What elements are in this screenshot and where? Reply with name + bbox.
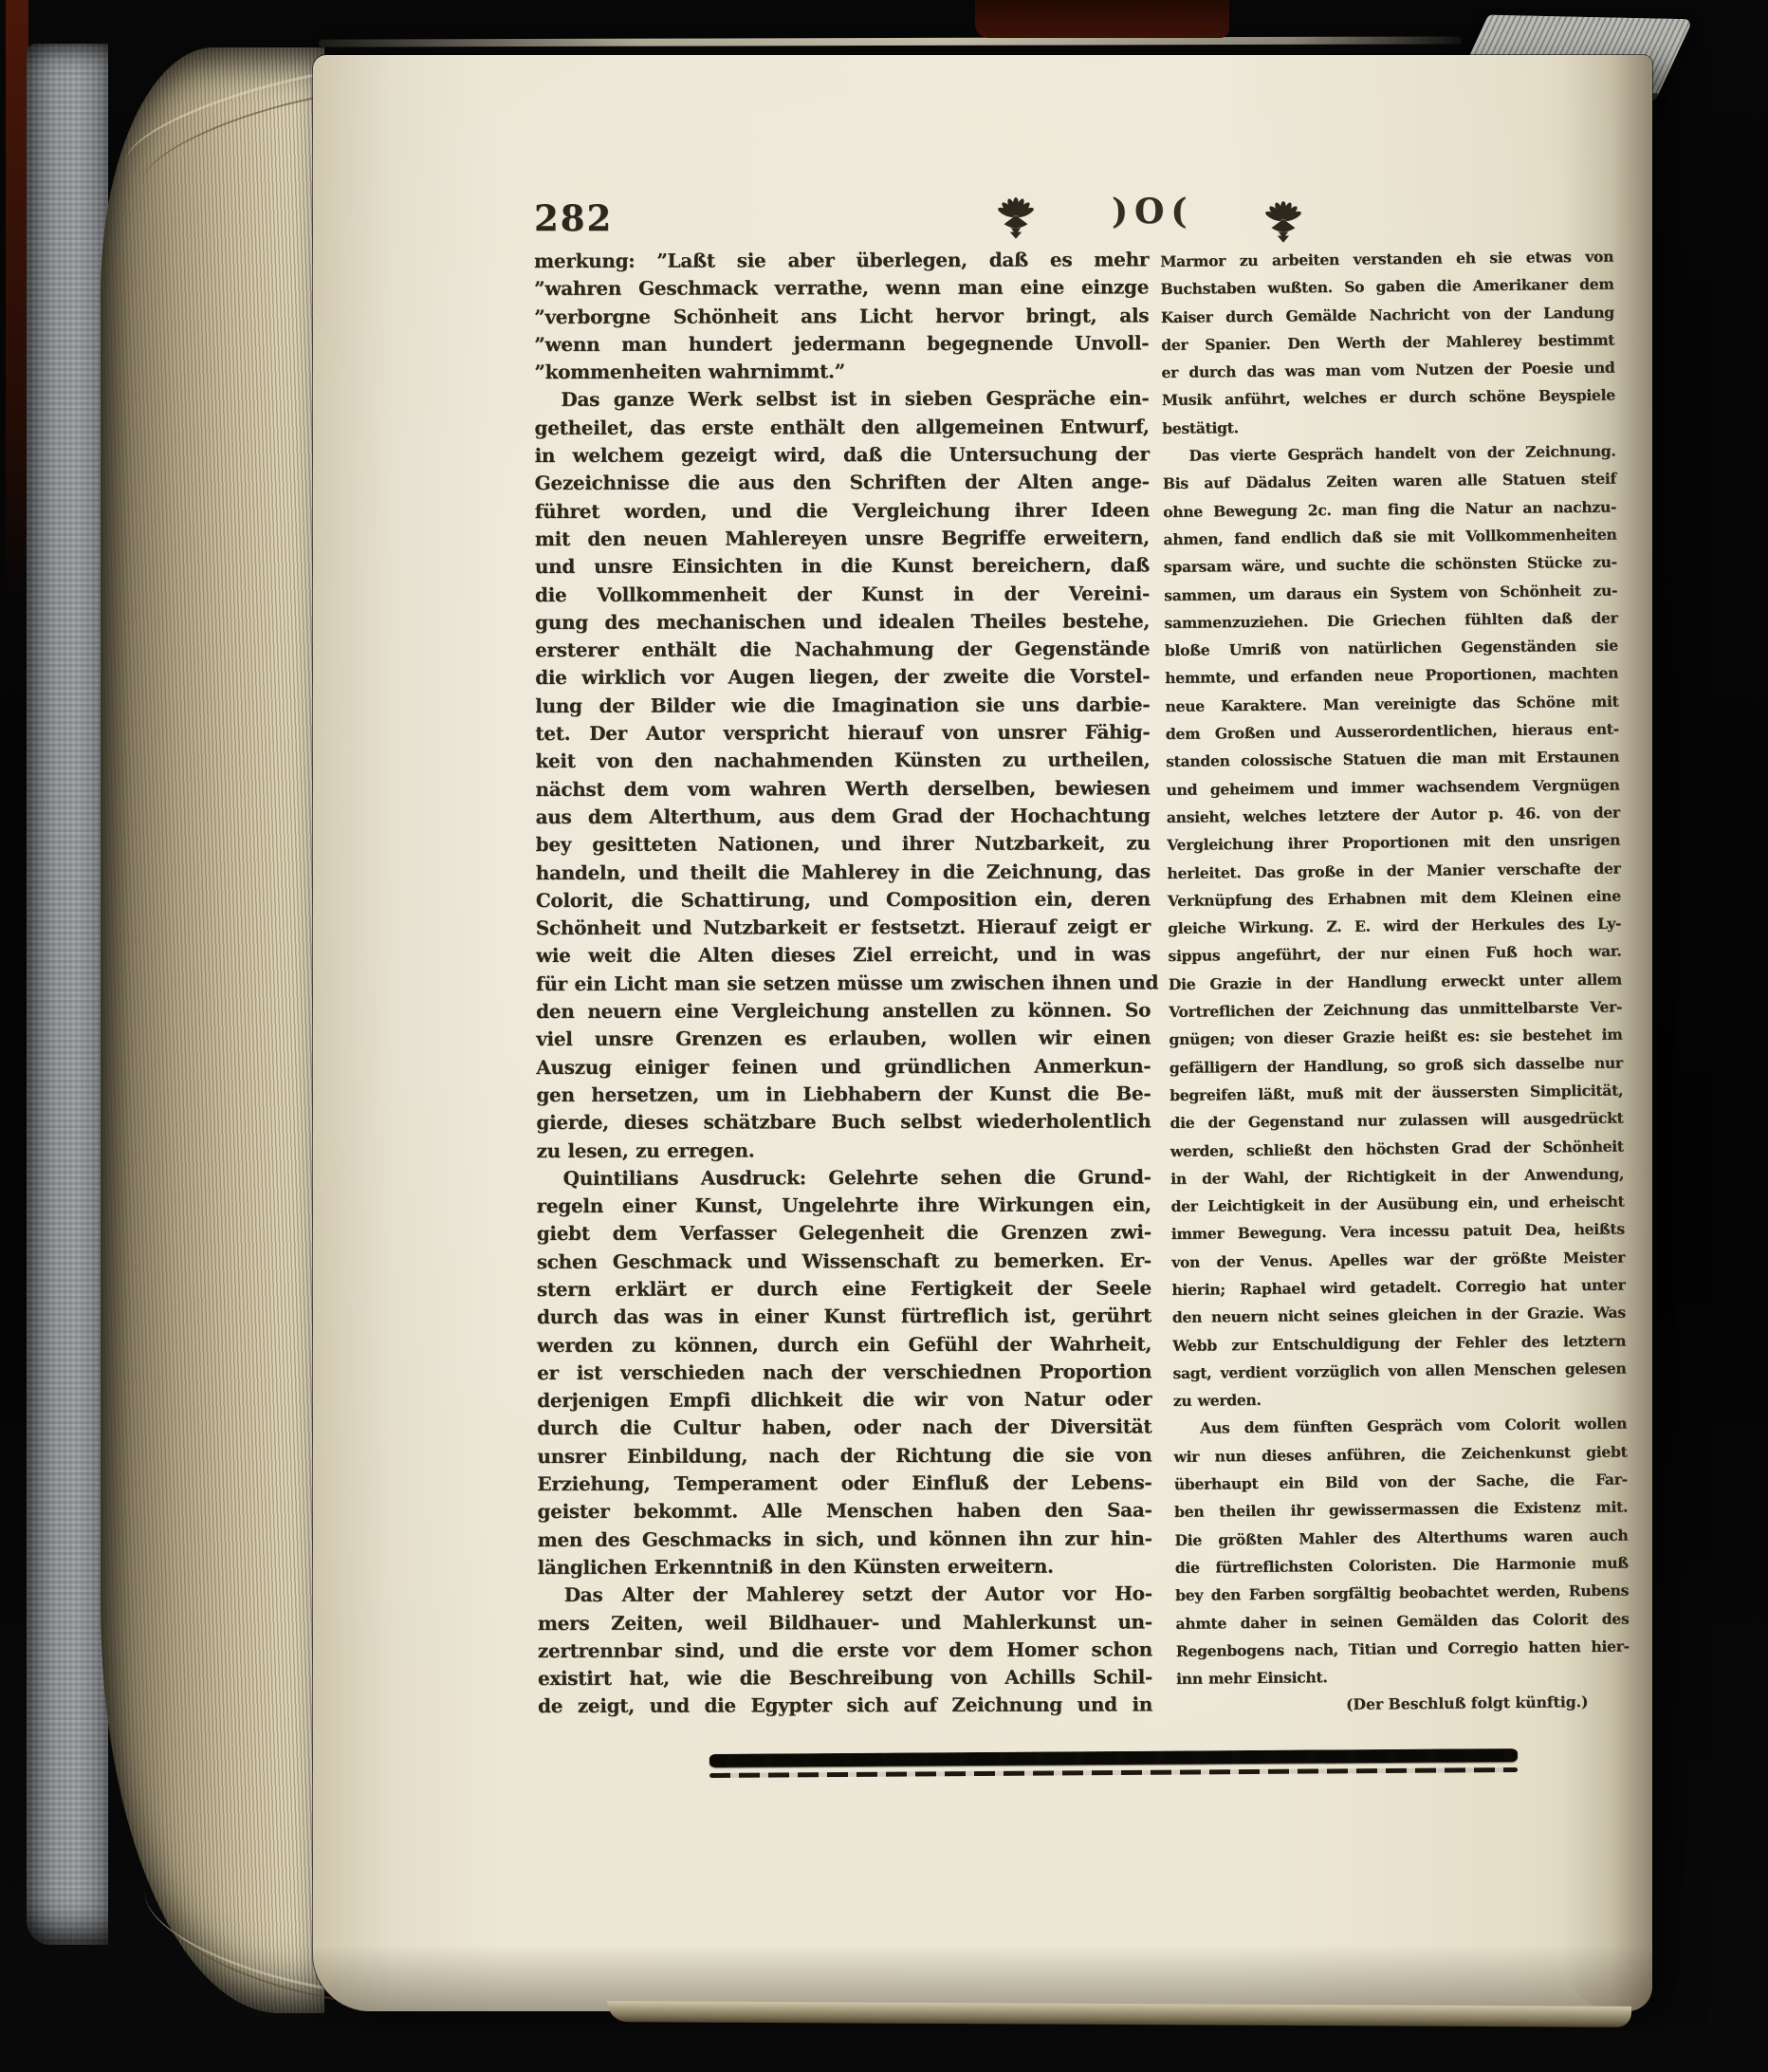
text-line: bey gesitteten Nationen, und ihrer Nutzb…	[536, 830, 1151, 860]
bottom-rule-underline	[709, 1767, 1518, 1778]
text-line: länglichen Erkenntniß in den Künsten erw…	[538, 1552, 1152, 1582]
text-line: ”verborgne Schönheit ans Licht hervor br…	[534, 302, 1149, 331]
text-line: keit von den nachahmenden Künsten zu urt…	[535, 747, 1150, 776]
text-line: sagt, verdient vorzüglich von allen Mens…	[1172, 1354, 1626, 1387]
text-line: Vergleichung ihrer Proportionen mit den …	[1167, 826, 1620, 860]
adjacent-page-top-edge	[319, 36, 1462, 46]
text-line: getheilet, das erste enthält den allgeme…	[534, 413, 1149, 442]
text-line: bey den Farben sorgfältig beobachtet wer…	[1175, 1577, 1629, 1610]
text-line: schen Geschmack und Wissenschaft zu beme…	[537, 1247, 1151, 1276]
bottom-rule	[709, 1748, 1518, 1778]
left-text-column: merkung: ”Laßt sie aber überlegen, daß e…	[534, 246, 1152, 1720]
text-line: Erziehung, Temperament oder Einfluß der …	[537, 1469, 1151, 1498]
text-line: tet. Der Autor verspricht hierauf von un…	[535, 718, 1150, 748]
text-line: wie weit die Alten dieses Ziel erreicht,…	[536, 941, 1151, 971]
text-line: unsrer Einbildung, nach der Richtung die…	[537, 1441, 1151, 1471]
text-line: de zeigt, und die Egypter sich auf Zeich…	[538, 1692, 1152, 1721]
book-spine-red-edge	[6, 0, 28, 607]
text-line: nächst dem vom wahren Werth derselben, b…	[535, 774, 1150, 804]
right-text-column: Marmor zu arbeiten verstanden eh sie etw…	[1160, 243, 1630, 1721]
text-line: ”kommenheiten wahrnimmt.”	[534, 357, 1149, 386]
book-page: 282 )O(	[313, 55, 1652, 2011]
text-line: Colorit, die Schattirung, und Compositio…	[536, 885, 1151, 915]
text-line: sparsam wäre, und suchte die schönsten S…	[1164, 548, 1617, 582]
text-line: er ist verschieden nach der verschiednen…	[537, 1358, 1151, 1387]
text-line: Das ganze Werk selbst ist in sieben Gesp…	[534, 385, 1149, 415]
shell-ornament-icon	[990, 195, 1041, 243]
header-ornaments: )O(	[977, 192, 1337, 252]
text-line: ersterer enthält die Nachahmung der Gege…	[535, 635, 1150, 664]
text-line: merkung: ”Laßt sie aber überlegen, daß e…	[534, 246, 1149, 275]
text-line: existirt hat, wie die Beschreibung von A…	[538, 1663, 1152, 1693]
text-line: Schönheit und Nutzbarkeit er festsetzt. …	[536, 913, 1151, 942]
text-line: Gezeichnisse die aus den Schriften der A…	[535, 469, 1150, 498]
text-line: mit den neuen Mahlereyen unsre Begriffe …	[535, 524, 1150, 553]
text-line: viel unsre Grenzen es erlauben, wollen w…	[536, 1025, 1151, 1054]
text-line: regeln einer Kunst, Ungelehrte ihre Wirk…	[537, 1191, 1151, 1220]
text-line: die der Gegenstand nur zulassen will aus…	[1169, 1104, 1623, 1138]
text-line: geister bekommt. Alle Menschen haben den…	[537, 1497, 1151, 1526]
under-pages-bottom-edge	[607, 2001, 1631, 2027]
text-line: und unsre Einsichten in die Kunst bereic…	[535, 552, 1150, 582]
text-line: gierde, dieses schätzbare Buch selbst wi…	[536, 1108, 1151, 1138]
header-center-mark: )O(	[1112, 192, 1193, 231]
text-line: Regenbogens nach, Titian und Corregio ha…	[1176, 1632, 1630, 1665]
text-line: die wirklich vor Augen liegen, der zweit…	[535, 663, 1150, 693]
text-line: für ein Licht man sie setzen müsse um zw…	[536, 969, 1151, 998]
text-line: giebt dem Verfasser Gelegenheit die Gren…	[537, 1219, 1151, 1249]
text-line: gen hersetzen, um in Liebhabern der Kuns…	[536, 1080, 1151, 1109]
closing-line: (Der Beschluß folgt künftig.)	[1176, 1688, 1630, 1721]
shell-ornament-icon	[1258, 199, 1309, 247]
text-line: aus dem Alterthum, aus dem Grad der Hoch…	[536, 802, 1151, 831]
text-line: zu lesen, zu erregen.	[536, 1136, 1151, 1165]
book-cover-edge	[27, 44, 108, 1945]
text-line: stern erklärt er durch eine Fertigkeit d…	[537, 1274, 1151, 1304]
text-line: durch die Cultur haben, oder nach der Di…	[537, 1414, 1151, 1443]
text-line: mers Zeiten, weil Bildhauer- und Mahlerk…	[538, 1608, 1152, 1637]
text-line: führet worden, und die Vergleichung ihre…	[535, 496, 1150, 526]
text-line: handeln, und theilt die Mahlerey in die …	[536, 858, 1151, 887]
text-line: den neuern eine Vergleichung anstellen z…	[536, 996, 1151, 1026]
text-line: Quintilians Ausdruck: Gelehrte sehen die…	[537, 1163, 1151, 1193]
text-line: gung des mechanischen und idealen Theile…	[535, 607, 1150, 637]
text-line: men des Geschmacks in sich, und können i…	[538, 1525, 1152, 1554]
text-line: ”wahren Geschmack verrathe, wenn man ein…	[534, 274, 1149, 304]
text-line: Das Alter der Mahlerey setzt der Autor v…	[538, 1581, 1152, 1610]
text-line: derjenigen Empfi dlichkeit die wir von N…	[537, 1385, 1151, 1415]
scanned-book-photo: 282 )O(	[0, 0, 1768, 2072]
text-line: durch das was in einer Kunst fürtreflich…	[537, 1303, 1151, 1332]
book-top-red-edge	[975, 0, 1229, 38]
page-stack-fore-edge	[101, 47, 324, 2013]
text-line: Musik anführt, welches er durch schöne B…	[1162, 381, 1615, 415]
text-line: in welchem gezeigt wird, daß die Untersu…	[535, 440, 1150, 470]
text-line: zertrennbar sind, und die erste vor dem …	[538, 1636, 1152, 1665]
text-line: lung der Bilder wie die Imagination sie …	[535, 691, 1150, 720]
text-line: die Vollkommenheit der Kunst in der Vere…	[535, 580, 1150, 609]
bottom-rule-bar	[709, 1748, 1518, 1767]
text-line: werden zu können, durch ein Gefühl der W…	[537, 1330, 1151, 1360]
text-line: Auszug einiger feinen und gründlichen An…	[536, 1052, 1151, 1082]
page-number: 282	[534, 197, 613, 239]
text-line: inn mehr Einsicht.	[1176, 1660, 1630, 1693]
text-line: ”wenn man hundert jedermann begegnende U…	[534, 329, 1149, 359]
